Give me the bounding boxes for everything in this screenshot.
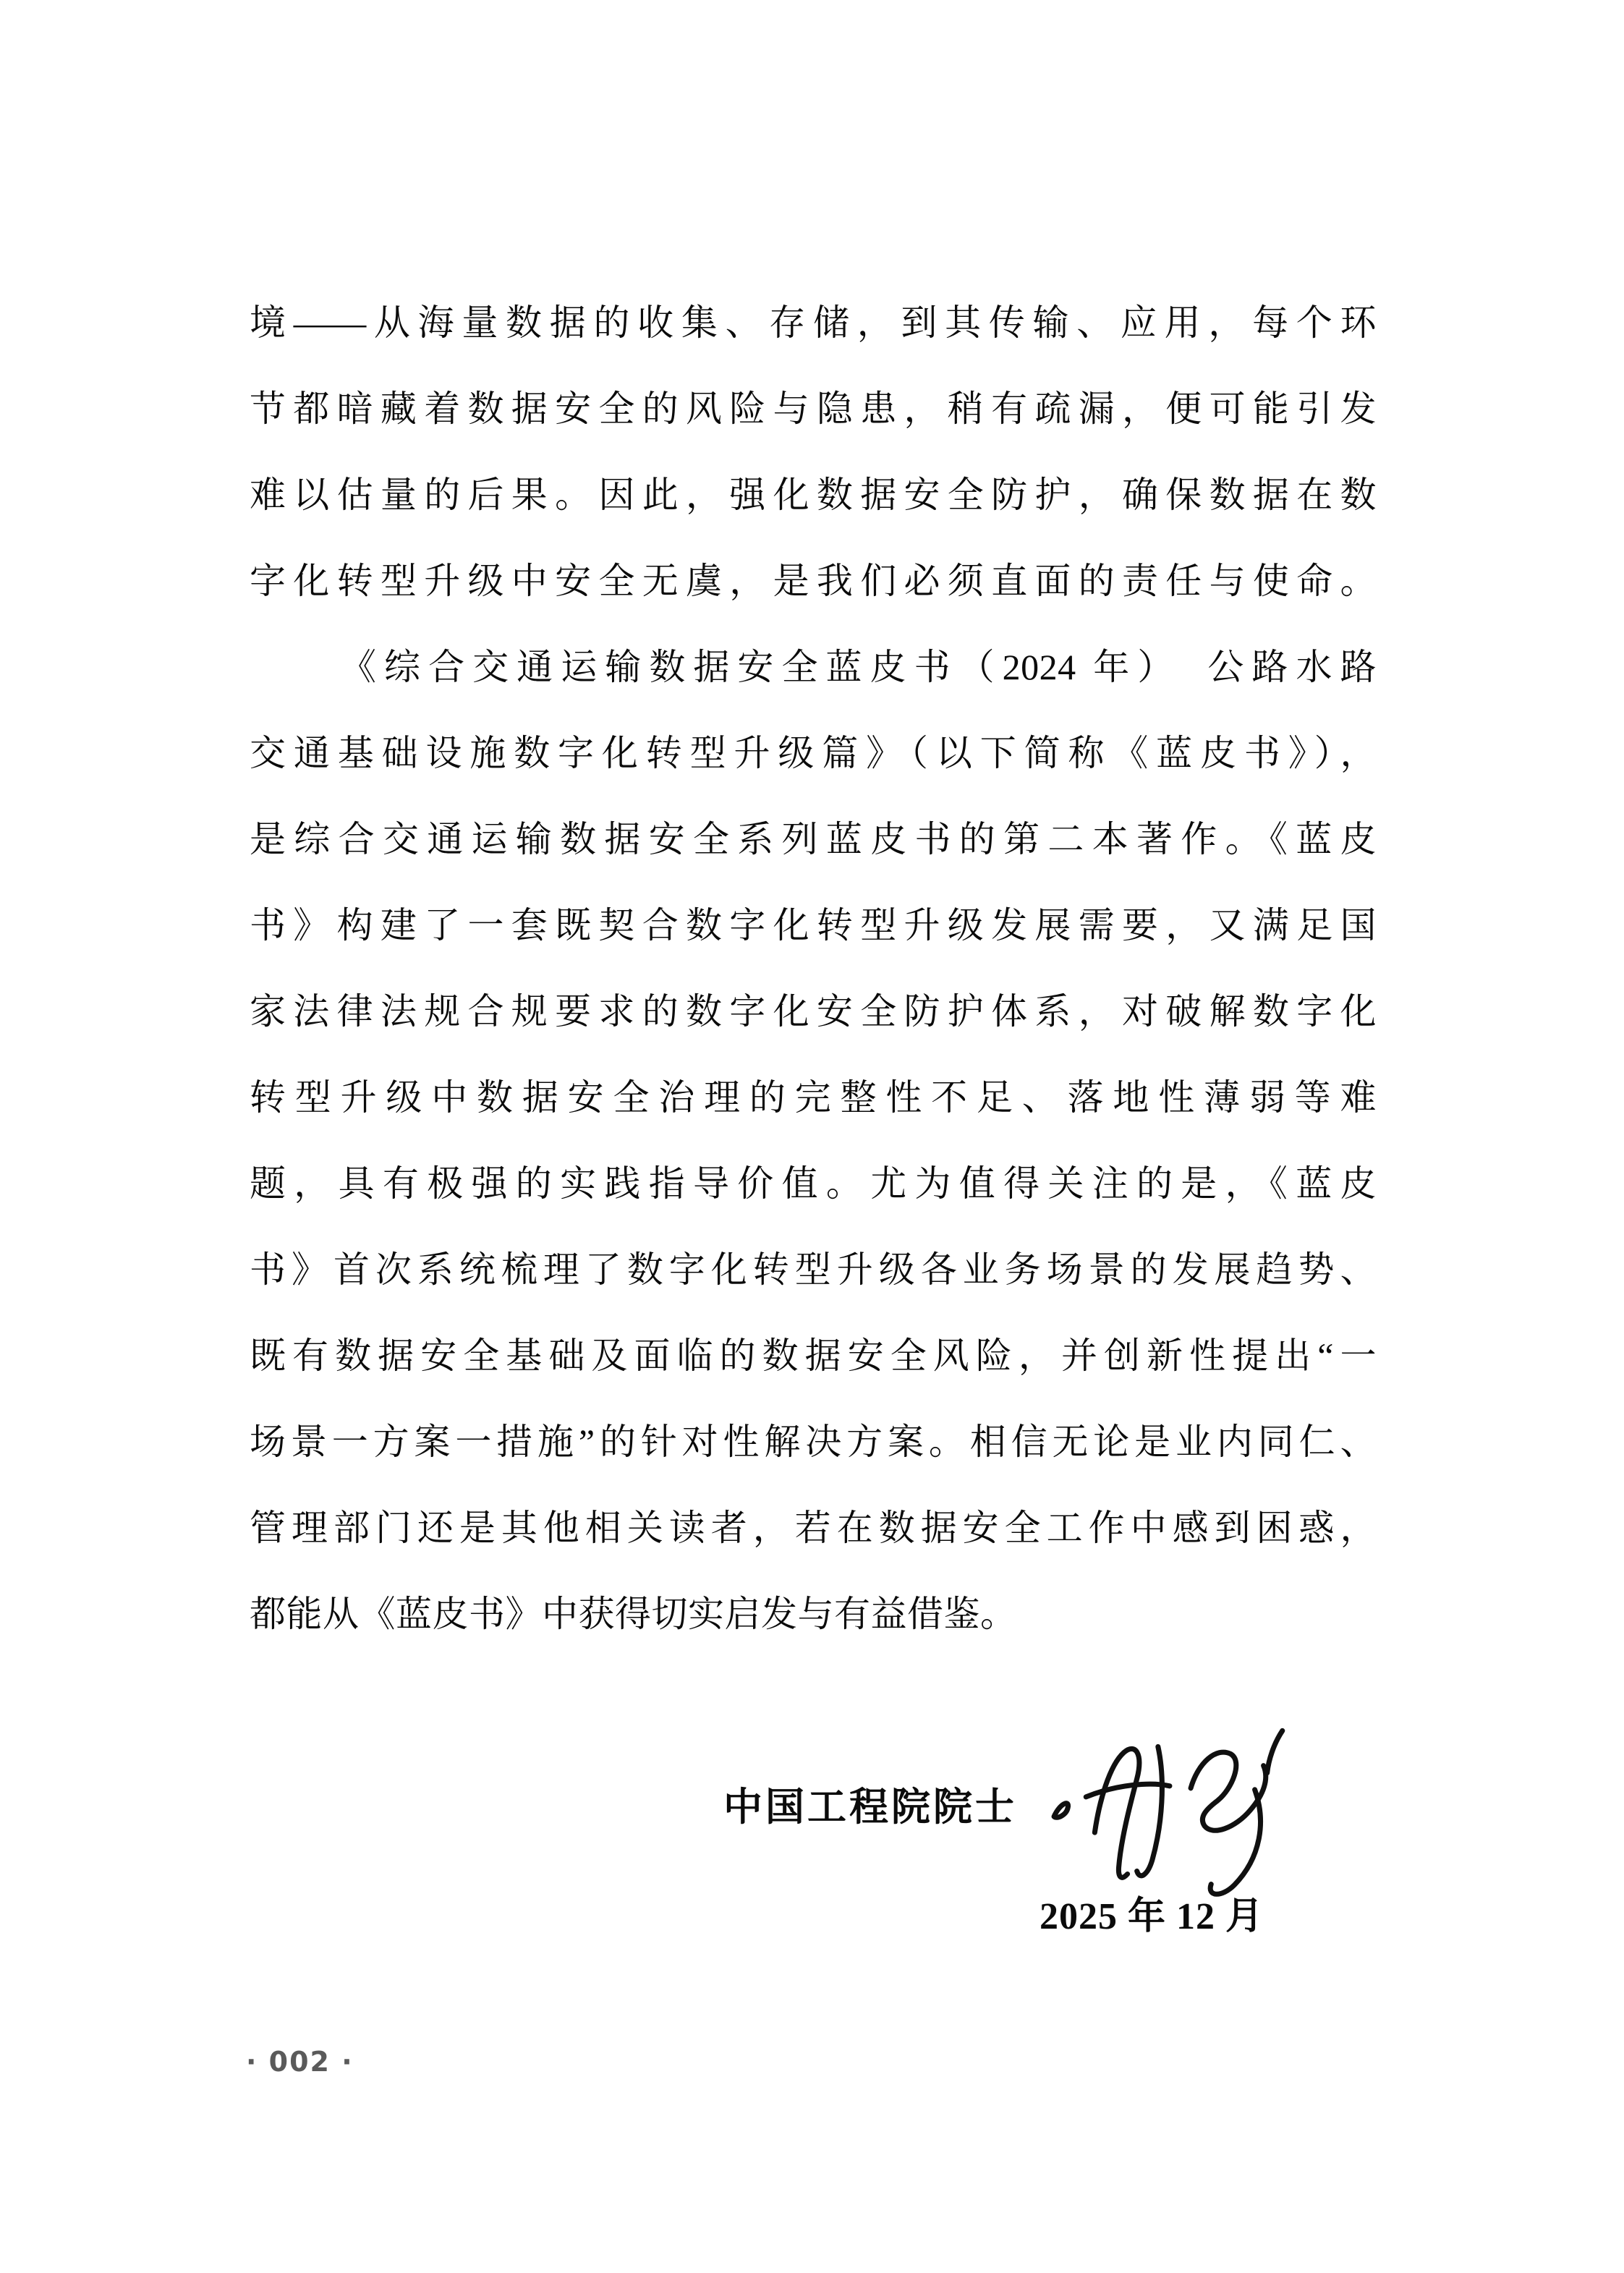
text-line: 是综合交通运输数据安全系列蓝皮书的第二本著作。《蓝皮 xyxy=(250,796,1377,883)
text-line: 题，具有极强的实践指导价值。尤为值得关注的是，《蓝皮 xyxy=(250,1141,1377,1227)
text-line: 境——从海量数据的收集、存储，到其传输、应用，每个环 xyxy=(250,280,1377,366)
paragraph-2: 《综合交通运输数据安全蓝皮书（2024 年） 公路水路 交通基础设施数字化转型升… xyxy=(250,624,1377,1657)
signature-title: 中国工程院院士 xyxy=(723,1785,1017,1830)
text-line: 交通基础设施数字化转型升级篇》（以下简称《蓝皮书》）， xyxy=(250,710,1377,796)
text-line: 书》构建了一套既契合数字化转型升级发展需要，又满足国 xyxy=(250,883,1377,969)
signature-date: 2025 年 12 月 xyxy=(1040,1895,1264,1939)
text-line: 管理部门还是其他相关读者，若在数据安全工作中感到困惑， xyxy=(250,1485,1377,1571)
text-line: 既有数据安全基础及面临的数据安全风险，并创新性提出“一 xyxy=(250,1313,1377,1399)
document-page: 境——从海量数据的收集、存储，到其传输、应用，每个环 节都暗藏着数据安全的风险与… xyxy=(0,0,1624,2273)
text-line: 字化转型升级中安全无虞，是我们必须直面的责任与使命。 xyxy=(250,538,1377,624)
text-line: 节都暗藏着数据安全的风险与隐患，稍有疏漏，便可能引发 xyxy=(250,366,1377,452)
text-line: 场景一方案一措施”的针对性解决方案。相信无论是业内同仁、 xyxy=(250,1399,1377,1485)
text-line: 难以估量的后果。因此，强化数据安全防护，确保数据在数 xyxy=(250,452,1377,538)
text-line: 都能从《蓝皮书》中获得切实启发与有益借鉴。 xyxy=(250,1571,1377,1657)
body-text: 境——从海量数据的收集、存储，到其传输、应用，每个环 节都暗藏着数据安全的风险与… xyxy=(250,280,1377,1657)
text-line: 书》首次系统梳理了数字化转型升级各业务场景的发展趋势、 xyxy=(250,1227,1377,1313)
text-line: 《综合交通运输数据安全蓝皮书（2024 年） 公路水路 xyxy=(250,624,1377,710)
paragraph-1: 境——从海量数据的收集、存储，到其传输、应用，每个环 节都暗藏着数据安全的风险与… xyxy=(250,280,1377,624)
handwritten-signature-icon xyxy=(1048,1722,1310,1904)
text-line: 转型升级中数据安全治理的完整性不足、落地性薄弱等难 xyxy=(250,1055,1377,1141)
page-number: · 002 · xyxy=(246,2046,354,2078)
text-line: 家法律法规合规要求的数字化安全防护体系，对破解数字化 xyxy=(250,969,1377,1055)
